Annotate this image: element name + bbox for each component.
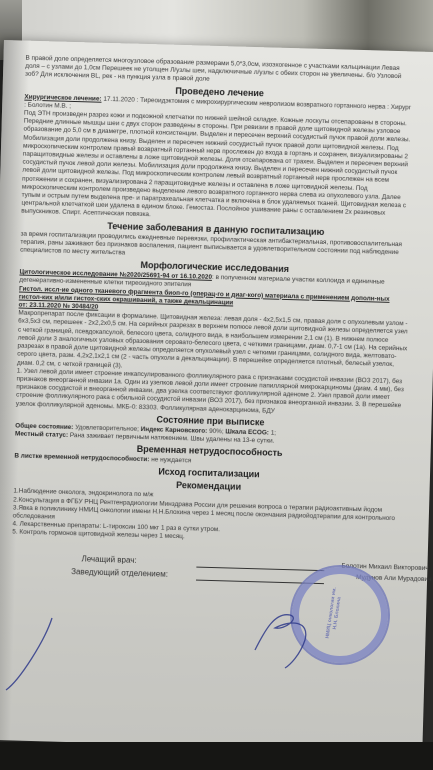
background-table-edge <box>0 742 433 770</box>
signature-stroke-left <box>6 618 52 690</box>
handwritten-signatures <box>0 0 433 770</box>
signature-stroke-middle <box>255 615 306 668</box>
